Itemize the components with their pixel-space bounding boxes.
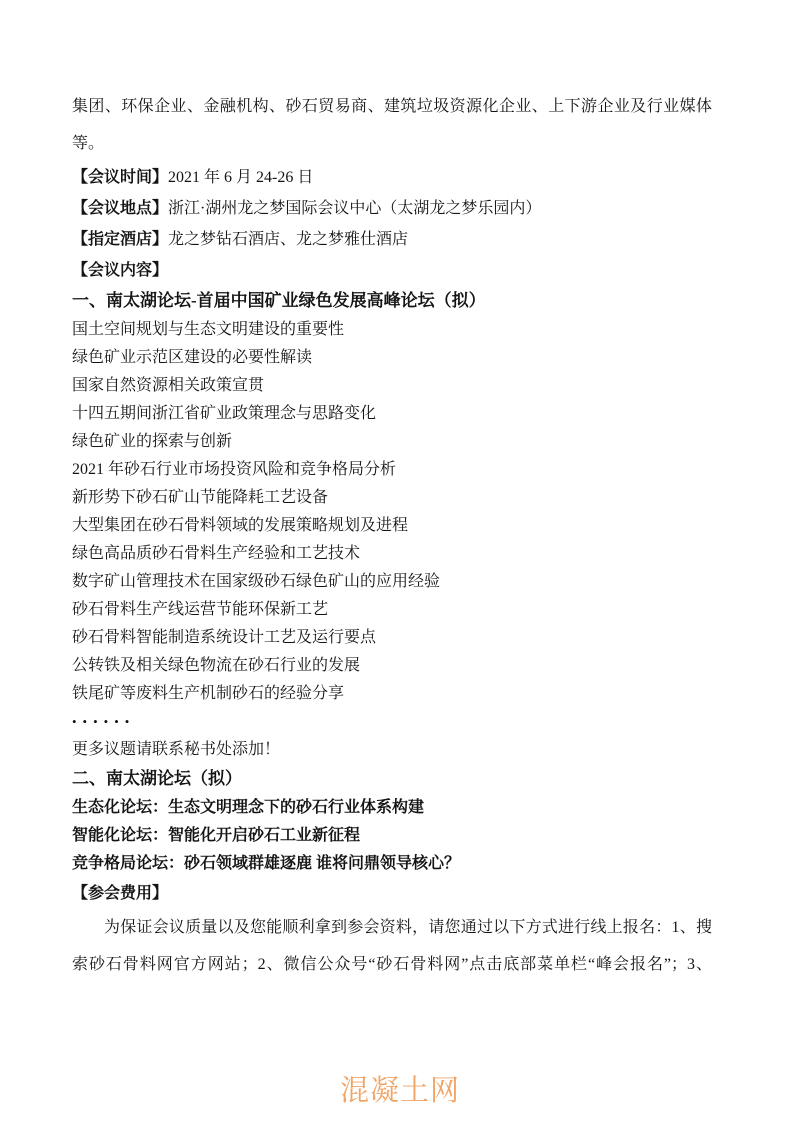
- watermark: 混凝土网: [0, 1068, 800, 1109]
- topic-item: 大型集团在砂石骨料领域的发展策略规划及进程: [72, 512, 712, 540]
- document-page: 集团、环保企业、金融机构、砂石贸易商、建筑垃圾资源化企业、上下游企业及行业媒体 …: [0, 0, 800, 1131]
- meta-label-hotel: 【指定酒店】: [72, 231, 168, 248]
- topic-item: 十四五期间浙江省矿业政策理念与思路变化: [72, 400, 712, 428]
- meta-row-location: 【会议地点】浙江·湖州龙之梦国际会议中心（太湖龙之梦乐园内）: [72, 193, 712, 224]
- topic-item: 铁尾矿等废料生产机制砂石的经验分享: [72, 680, 712, 708]
- meta-value-location: 浙江·湖州龙之梦国际会议中心（太湖龙之梦乐园内）: [168, 200, 541, 217]
- meta-row-time: 【会议时间】2021 年 6 月 24-26 日: [72, 162, 712, 193]
- topic-item: 砂石骨料生产线运营节能环保新工艺: [72, 596, 712, 624]
- intro-line-1: 集团、环保企业、金融机构、砂石贸易商、建筑垃圾资源化企业、上下游企业及行业媒体: [72, 88, 712, 125]
- ellipsis-dots: ••••••: [72, 708, 712, 736]
- intro-line-2: 等。: [72, 125, 712, 162]
- topic-item: 国土空间规划与生态文明建设的重要性: [72, 316, 712, 344]
- topic-item: 新形势下砂石矿山节能降耗工艺设备: [72, 484, 712, 512]
- topic-item: 国家自然资源相关政策宣贯: [72, 372, 712, 400]
- meta-label-time: 【会议时间】: [72, 169, 168, 186]
- topic-item: 2021 年砂石行业市场投资风险和竞争格局分析: [72, 456, 712, 484]
- meta-label-location: 【会议地点】: [72, 200, 168, 217]
- section2-title: 二、南太湖论坛（拟）: [72, 764, 712, 794]
- content-header: 【会议内容】: [72, 255, 712, 286]
- meta-row-hotel: 【指定酒店】龙之梦钻石酒店、龙之梦雅仕酒店: [72, 224, 712, 255]
- forum-item-competition: 竞争格局论坛：砂石领域群雄逐鹿 谁将问鼎领导核心？: [72, 850, 712, 878]
- section1-title: 一、南太湖论坛-首届中国矿业绿色发展高峰论坛（拟）: [72, 286, 712, 316]
- topic-item: 公转铁及相关绿色物流在砂石行业的发展: [72, 652, 712, 680]
- fees-header: 【参会费用】: [72, 878, 712, 909]
- meta-value-time: 2021 年 6 月 24-26 日: [168, 169, 313, 186]
- more-topics-note: 更多议题请联系秘书处添加！: [72, 736, 712, 764]
- forum-item-intelligence: 智能化论坛：智能化开启砂石工业新征程: [72, 822, 712, 850]
- topic-item: 数字矿山管理技术在国家级砂石绿色矿山的应用经验: [72, 568, 712, 596]
- meta-value-hotel: 龙之梦钻石酒店、龙之梦雅仕酒店: [168, 231, 408, 248]
- forum-item-ecology: 生态化论坛：生态文明理念下的砂石行业体系构建: [72, 794, 712, 822]
- fees-paragraph-line-2: 索砂石骨料网官方网站；2、微信公众号“砂石骨料网”点击底部菜单栏“峰会报名”；3…: [72, 946, 712, 983]
- topic-item: 绿色高品质砂石骨料生产经验和工艺技术: [72, 540, 712, 568]
- topic-item: 绿色矿业示范区建设的必要性解读: [72, 344, 712, 372]
- topic-item: 绿色矿业的探索与创新: [72, 428, 712, 456]
- fees-paragraph-line-1: 为保证会议质量以及您能顺利拿到参会资料，请您通过以下方式进行线上报名：1、搜: [72, 909, 712, 946]
- topic-item: 砂石骨料智能制造系统设计工艺及运行要点: [72, 624, 712, 652]
